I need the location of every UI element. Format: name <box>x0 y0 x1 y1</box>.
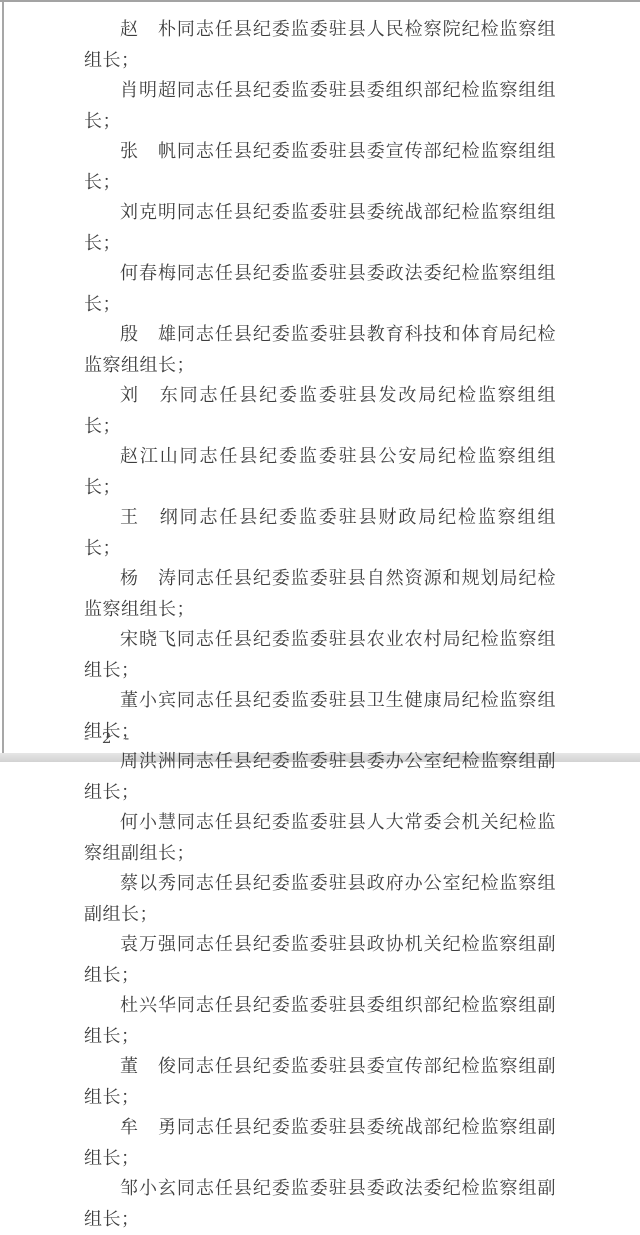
appointment-line: 殷 雄同志任县纪委监委驻县教育科技和体育局纪检监察组组长； <box>84 320 556 381</box>
appointment-line: 赵 朴同志任县纪委监委驻县人民检察院纪检监察组组长； <box>84 15 556 76</box>
appointment-line: 宋晓飞同志任县纪委监委驻县农业农村局纪检监察组组长； <box>84 625 556 686</box>
scan-edge-top-line <box>0 0 640 2</box>
appointment-line: 张 帆同志任县纪委监委驻县委宣传部纪检监察组组长； <box>84 137 556 198</box>
page-number: - 2 - <box>84 729 133 747</box>
appointment-line: 杨 涛同志任县纪委监委驻县自然资源和规划局纪检监察组组长； <box>84 564 556 625</box>
appointment-line: 赵江山同志任县纪委监委驻县公安局纪检监察组组长； <box>84 442 556 503</box>
appointment-line: 周洪洲同志任县纪委监委驻县委办公室纪检监察组副组长； <box>84 747 556 762</box>
appointment-line: 肖明超同志任县纪委监委驻县委组织部纪检监察组组长； <box>84 76 556 137</box>
appointment-line: 何春梅同志任县纪委监委驻县委政法委纪检监察组组长； <box>84 259 556 320</box>
appointment-line: 刘 东同志任县纪委监委驻县发改局纪检监察组组长； <box>84 381 556 442</box>
appointment-line: 董小宾同志任县纪委监委驻县卫生健康局纪检监察组组长； <box>84 686 556 747</box>
appointment-line: 王 纲同志任县纪委监委驻县财政局纪检监察组组长； <box>84 503 556 564</box>
scan-edge-left-line <box>2 2 4 754</box>
document-body: 赵 朴同志任县纪委监委驻县人民检察院纪检监察组组长； 肖明超同志任县纪委监委驻县… <box>84 15 556 762</box>
appointment-line: 刘克明同志任县纪委监委驻县委统战部纪检监察组组长； <box>84 198 556 259</box>
